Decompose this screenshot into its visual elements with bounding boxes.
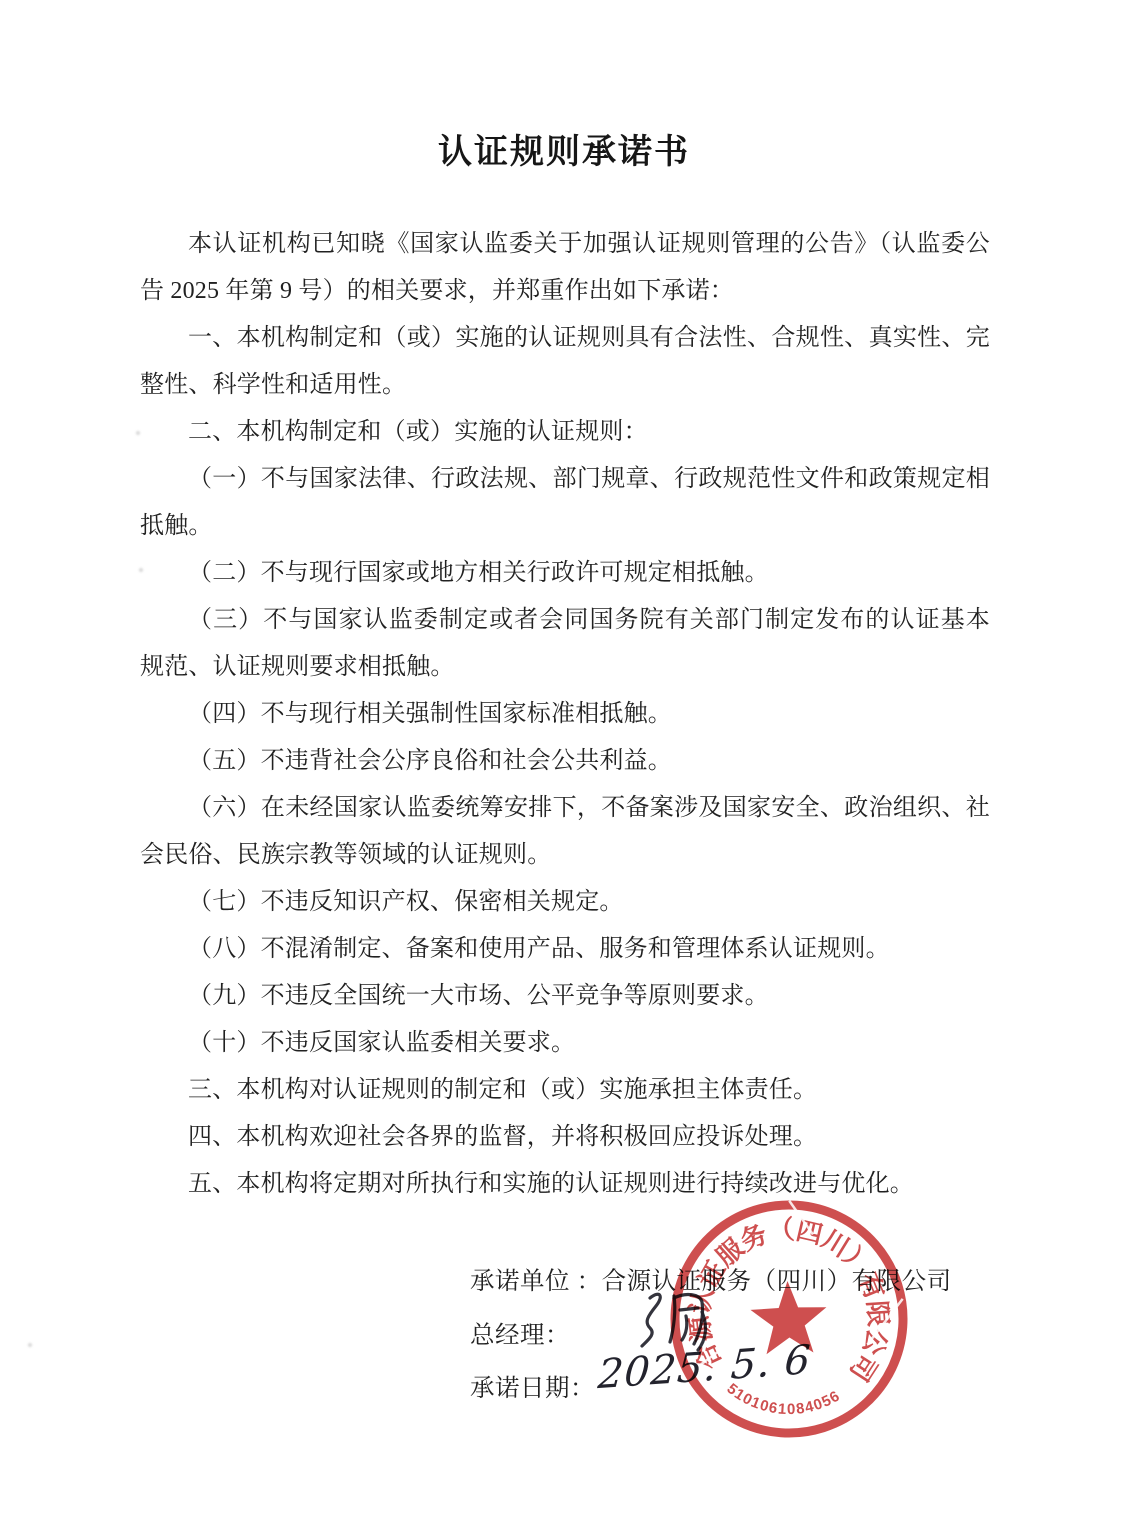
body-line: （四）不与现行相关强制性国家标准相抵触。 [140, 691, 990, 738]
body-line: 四、本机构欢迎社会各界的监督，并将积极回应投诉处理。 [140, 1114, 990, 1161]
commitment-date-row: 承诺日期： [470, 1369, 595, 1404]
body-line: （十）不违反国家认监委相关要求。 [140, 1020, 990, 1067]
company-seal: 合源认证服务（四川）有限公司 5101061084056 [669, 1199, 909, 1439]
scan-speck [28, 1343, 32, 1347]
body-line: （六）在未经国家认监委统筹安排下，不备案涉及国家安全、政治组织、社 [140, 785, 990, 832]
seal-star-icon [749, 1280, 827, 1355]
body-line: （七）不违反知识产权、保密相关规定。 [140, 879, 990, 926]
seal-registration-number: 5101061084056 [722, 1379, 844, 1422]
body-line: （三）不与国家认监委制定或者会同国务院有关部门制定发布的认证基本 [140, 597, 990, 644]
general-manager-row: 总经理： [470, 1316, 570, 1351]
body-line: 三、本机构对认证规则的制定和（或）实施承担主体责任。 [140, 1067, 990, 1114]
body-line: 整性、科学性和适用性。 [140, 362, 990, 409]
body-line: 本认证机构已知晓《国家认监委关于加强认证规则管理的公告》（认监委公 [140, 221, 990, 268]
body-line: （一）不与国家法律、行政法规、部门规章、行政规范性文件和政策规定相 [140, 456, 990, 503]
manager-label: 总经理： [470, 1322, 570, 1349]
body-line: 会民俗、民族宗教等领域的认证规则。 [140, 832, 990, 879]
body-line: （八）不混淆制定、备案和使用产品、服务和管理体系认证规则。 [140, 926, 990, 973]
body-line: 告 2025 年第 9 号）的相关要求，并郑重作出如下承诺： [140, 268, 990, 315]
body-line: （五）不违背社会公序良俗和社会公共利益。 [140, 738, 990, 785]
body-line: （九）不违反全国统一大市场、公平竞争等原则要求。 [140, 973, 990, 1020]
date-label: 承诺日期： [470, 1375, 595, 1402]
document-body: 本认证机构已知晓《国家认监委关于加强认证规则管理的公告》（认监委公 告 2025… [140, 221, 990, 1208]
scanned-document-page: 认证规则承诺书 本认证机构已知晓《国家认监委关于加强认证规则管理的公告》（认监委… [0, 0, 1128, 1523]
body-line: 二、本机构制定和（或）实施的认证规则： [140, 409, 990, 456]
body-line: 一、本机构制定和（或）实施的认证规则具有合法性、合规性、真实性、完 [140, 315, 990, 362]
document-title: 认证规则承诺书 [0, 124, 1128, 173]
unit-label: 承诺单位 ： [470, 1268, 602, 1295]
body-line: 规范、认证规则要求相抵触。 [140, 644, 990, 691]
svg-text:5101061084056: 5101061084056 [722, 1379, 844, 1422]
scan-speck [136, 431, 140, 435]
scan-speck [139, 568, 143, 572]
body-line: （二）不与现行国家或地方相关行政许可规定相抵触。 [140, 550, 990, 597]
body-line: 抵触。 [140, 503, 990, 550]
